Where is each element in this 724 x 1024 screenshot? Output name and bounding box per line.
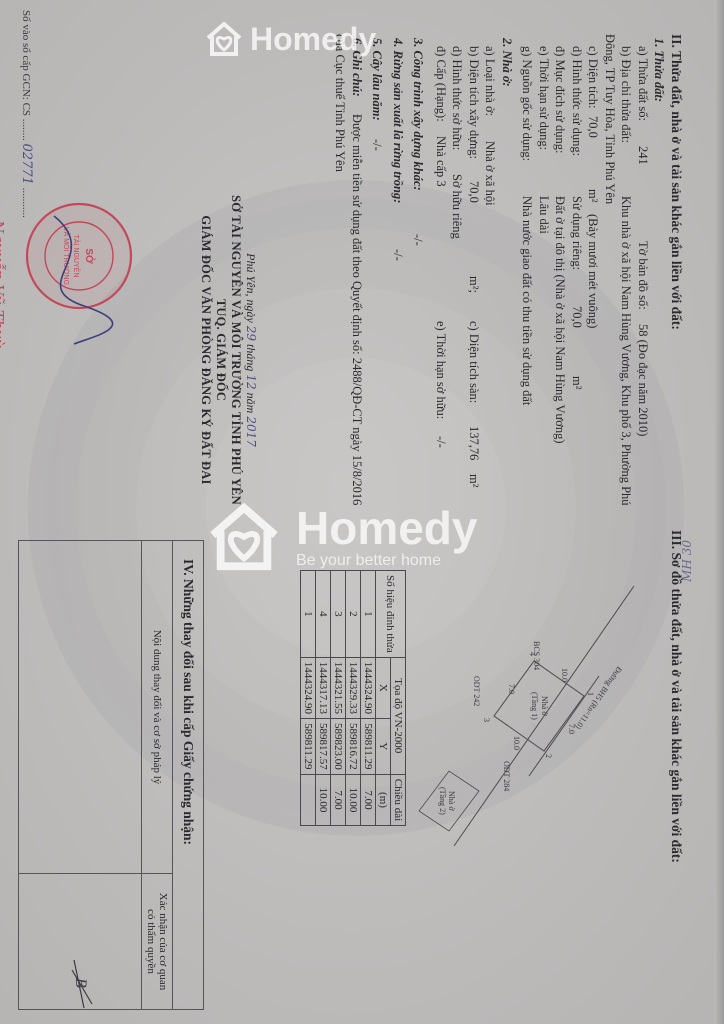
point-2: 2	[544, 754, 553, 758]
house-label: Nhà ở	[540, 696, 549, 716]
signer-title: GIÁM ĐỐC VĂN PHÒNG ĐĂNG KÝ ĐẤT ĐAI	[198, 140, 213, 560]
table-row: 21444329.33589816.7210.00	[346, 571, 361, 826]
address-label: b) Địa chỉ thửa đất:	[618, 46, 635, 143]
purpose: Đất ở tại đô thị (Nhà ở xã hội Nam Hùng …	[552, 196, 569, 444]
house-type-row: a) Loại nhà ở: Nhà ở xã hội	[482, 46, 499, 534]
edge-length-4: 10.0	[560, 668, 569, 682]
date-month: 12	[244, 374, 258, 389]
term-row: e) Thời hạn sử dụng: Lâu dài	[536, 46, 553, 534]
col-confirm-line1: Xác nhận của cơ quan	[157, 875, 169, 1008]
section-iv-title: IV. Những thay đổi sau khi cấp Giấy chứn…	[173, 541, 204, 1010]
grade: Nhà cấp 3	[433, 136, 450, 187]
built-area: 70,0	[466, 181, 483, 203]
parcel-diagram: Đường BH5 (Rn=11.0) Nhà ở (Tầng 1) Nhà ở…	[394, 546, 654, 876]
map-sheet: 58 (Đo đạc năm 2010)	[635, 324, 652, 436]
use-form-label: d) Hình thức sử dụng:	[569, 46, 586, 156]
section-iii: III. Sơ đồ thửa đất, nhà ở và tài sản kh…	[668, 530, 684, 1000]
ownership-term: -/-	[433, 436, 450, 448]
house-floors: (Tầng 1)	[530, 692, 539, 720]
changes-cell	[19, 541, 142, 874]
edge-length-3: 7.0	[507, 684, 516, 694]
house-type-label: a) Loại nhà ở:	[482, 46, 499, 116]
watermark-small: Homedy	[204, 20, 376, 58]
area-words: (Bảy mươi mét vuông)	[585, 214, 602, 328]
cell-y: 589817.57	[316, 719, 331, 775]
homedy-logo-icon	[204, 20, 244, 58]
parcel-east-label: ODT 242	[472, 676, 481, 706]
purpose-label: đ) Mục đích sử dụng:	[552, 46, 569, 153]
use-form-unit: m²	[569, 376, 586, 389]
date-day: 29	[244, 326, 258, 341]
col-changes: Nội dung thay đổi và cơ sở pháp lý	[142, 541, 173, 874]
date-place: Phú Yên, ngày	[244, 253, 258, 323]
cell-x: 1444324.90	[301, 657, 316, 718]
watermark-tagline: Be your better home	[296, 552, 477, 570]
stamp-seal-icon: SỞ TÀI NGUYÊN VÀ MÔI TRƯỜNG	[4, 196, 144, 346]
boundary-line	[529, 676, 599, 776]
watermark-brand: Homedy	[250, 21, 376, 58]
serial-number: Số vào sổ cấp GCN: CS ........ 02771 ...…	[19, 10, 34, 218]
floor-area-unit: m²	[466, 474, 483, 487]
page-edge	[714, 0, 724, 1024]
address-line2: Đông, TP Tuy Hòa, Tỉnh Phú Yên	[602, 34, 619, 204]
use-form-row: d) Hình thức sử dụng: Sử dụng riêng: 70,…	[569, 46, 586, 534]
cell-x: 1444329.33	[346, 657, 361, 718]
cell-y: 589823.00	[331, 719, 346, 775]
cell-point: 3	[331, 571, 346, 658]
cell-length	[301, 774, 316, 825]
table-row: 41444317.13589817.5710.00	[316, 571, 331, 826]
cell-length: 7.00	[331, 774, 346, 825]
point-4: 4	[528, 652, 537, 656]
use-form-area: 70,0	[569, 306, 586, 328]
issuing-org: SỞ TÀI NGUYÊN VÀ MÔI TRƯỜNG TỈNH PHÚ YÊN	[228, 140, 243, 560]
section-ii: II. Thửa đất, nhà ở và tài sản khác gắn …	[332, 34, 684, 534]
serial-label: Số vào sổ cấp GCN: CS	[20, 10, 32, 116]
signature-block: Phú Yên, ngày 29 tháng 12 năm 2017 SỞ TÀ…	[198, 140, 258, 560]
note-row: 6. Ghi chú: Được miễn tiền sử dụng đất t…	[349, 34, 366, 534]
date-month-label: tháng	[244, 344, 258, 371]
coordinate-rows: 11444324.90589811.297.0021444329.3358981…	[301, 571, 376, 826]
parcel-no-label: a) Thửa đất số:	[635, 46, 652, 121]
section-iv: IV. Những thay đổi sau khi cấp Giấy chứn…	[4, 540, 204, 1010]
th-coords: Tọa độ VN-2000	[391, 657, 406, 774]
ownership-label: d) Hình thức sở hữu:	[449, 46, 466, 150]
th-y: Y	[376, 719, 391, 775]
forest-row: 4. Rừng sản xuất là rừng trồng: -/-	[390, 34, 407, 534]
road-line	[454, 586, 634, 846]
cell-y: 589811.29	[361, 719, 376, 775]
th-length: Chiều dài	[391, 774, 406, 825]
map-sheet-label: Tờ bản đồ số:	[635, 241, 652, 310]
area-row: c) Diện tích: 70,0 m² (Bảy mươi mét vuôn…	[585, 46, 602, 534]
edge-length-1: 7.0	[567, 724, 576, 734]
cell-y: 589816.72	[346, 719, 361, 775]
perennial-value: -/-	[369, 139, 386, 151]
cell-x: 1444317.13	[316, 657, 331, 718]
address-line1: Khu nhà ở xã hội Nam Hùng Vương, Khu phố…	[618, 196, 635, 506]
parcel-no: 241	[635, 146, 652, 165]
term: Lâu dài	[536, 196, 553, 234]
floor-area: 137,76	[466, 426, 483, 460]
origin-row: g) Nguồn gốc sử dụng: Nhà nước giao đất …	[519, 46, 536, 534]
ownership-row: d) Hình thức sở hữu: Sở hữu riêng	[449, 46, 466, 534]
on-behalf: TUQ. GIÁM ĐỐC	[213, 140, 228, 560]
watermark-brand: Homedy	[296, 504, 477, 552]
date-year-label: năm	[244, 393, 258, 414]
section-ii-title: II. Thửa đất, nhà ở và tài sản khác gắn …	[668, 34, 685, 534]
ownership-term-label: e) Thời hạn sở hữu:	[433, 321, 450, 419]
certificate-page: II. Thửa đất, nhà ở và tài sản khác gắn …	[0, 0, 724, 1024]
cell-point: 4	[316, 571, 331, 658]
built-area-row: b) Diện tích xây dựng: 70,0 m²; c) Diện …	[466, 46, 483, 534]
built-area-label: b) Diện tích xây dựng:	[466, 46, 483, 159]
forest-value: -/-	[390, 249, 407, 261]
parcel-row: a) Thửa đất số: 241 Tờ bản đồ số: 58 (Đo…	[635, 46, 652, 534]
address-row: b) Địa chỉ thửa đất: Khu nhà ở xã hội Na…	[618, 46, 635, 534]
cell-length: 10.00	[316, 774, 331, 825]
house-heading: 2. Nhà ở:	[499, 38, 516, 534]
grade-row: đ) Cấp (Hạng): Nhà cấp 3 e) Thời hạn sở …	[433, 46, 450, 534]
issue-date: Phú Yên, ngày 29 tháng 12 năm 2017	[243, 140, 258, 560]
use-form: Sử dụng riêng:	[569, 196, 586, 270]
table-row: 11444324.90589811.297.00	[361, 571, 376, 826]
serial-value: 02771	[19, 144, 34, 185]
parcel-west-label: ODT 284	[502, 761, 511, 791]
col-confirm: Xác nhận của cơ quan có thẩm quyền	[142, 874, 173, 1010]
built-area-unit: m²;	[466, 276, 483, 293]
col-confirm-line2: có thẩm quyền	[145, 875, 157, 1008]
cell-point: 1	[361, 571, 376, 658]
point-1: 1	[586, 692, 595, 696]
cell-length: 7.00	[361, 774, 376, 825]
watermark-large: Homedy Be your better home	[204, 500, 477, 574]
official-stamp: SỞ TÀI NGUYÊN VÀ MÔI TRƯỜNG Nguyễn Vũ Th…	[0, 196, 144, 348]
cell-y: 589811.29	[301, 719, 316, 775]
edge-length-2: 10.0	[512, 736, 521, 750]
cell-point: 2	[346, 571, 361, 658]
other-works-row: 3. Công trình xây dựng khác: -/-	[410, 34, 427, 534]
term-label: e) Thời hạn sử dụng:	[536, 46, 553, 150]
other-works-value: -/-	[410, 234, 427, 246]
ownership: Sở hữu riêng	[449, 174, 466, 239]
table-row: 31444321.55589823.007.00	[331, 571, 346, 826]
decorative-flourish-icon: B	[64, 960, 104, 1010]
purpose-row: đ) Mục đích sử dụng: Đất ở tại đô thị (N…	[552, 46, 569, 534]
origin: Nhà nước giao đất có thu tiền sử dụng đấ…	[519, 196, 536, 405]
area-label: c) Diện tích:	[585, 46, 602, 108]
cell-point: 1	[301, 571, 316, 658]
land-heading: 1. Thửa đất:	[651, 38, 668, 534]
origin-label: g) Nguồn gốc sử dụng:	[519, 46, 536, 161]
date-year: 2017	[244, 416, 258, 447]
perennial-row: 5. Cây lâu năm: -/-	[369, 34, 386, 534]
signer-name: Nguyễn Vũ Thuỳ	[0, 220, 7, 348]
note-row-2: của Cục thuế Tỉnh Phú Yên	[332, 34, 349, 534]
area-value: 70,0	[585, 116, 602, 138]
grade-label: đ) Cấp (Hạng):	[433, 46, 450, 122]
note-line1: Được miễn tiền sử dụng đất theo Quyết đị…	[349, 114, 366, 505]
th-x: X	[376, 657, 391, 718]
inset-floors: (Tầng 2)	[438, 787, 447, 815]
cell-x: 1444321.55	[331, 657, 346, 718]
section-iii-title: III. Sơ đồ thửa đất, nhà ở và tài sản kh…	[668, 530, 684, 1000]
homedy-logo-icon	[204, 500, 284, 574]
cell-length: 10.00	[346, 774, 361, 825]
house-type: Nhà ở xã hội	[482, 141, 499, 206]
floor-area-label: c) Diện tích sàn:	[466, 321, 483, 403]
area-unit: m²	[585, 189, 602, 202]
inset-label: Nhà ở	[447, 791, 456, 811]
svg-text:B: B	[72, 978, 89, 988]
th-length-unit: (m)	[376, 774, 391, 825]
other-works-heading: 3. Công trình xây dựng khác:	[410, 38, 427, 191]
parcel-outline	[494, 661, 584, 751]
cell-x: 1444324.90	[361, 657, 376, 718]
th-point: Số hiệu đỉnh thửa	[376, 571, 406, 658]
forest-heading: 4. Rừng sản xuất là rừng trồng:	[390, 38, 407, 203]
road-label: Đường BH5 (Rn=11.0)	[574, 665, 624, 731]
address-row-2: Đông, TP Tuy Hòa, Tỉnh Phú Yên	[602, 34, 619, 534]
table-row: 11444324.90589811.29	[301, 571, 316, 826]
coordinate-table: Số hiệu đỉnh thửa Tọa độ VN-2000 Chiều d…	[300, 570, 406, 826]
changes-table: IV. Những thay đổi sau khi cấp Giấy chứn…	[18, 540, 204, 1010]
point-3: 3	[482, 718, 491, 722]
